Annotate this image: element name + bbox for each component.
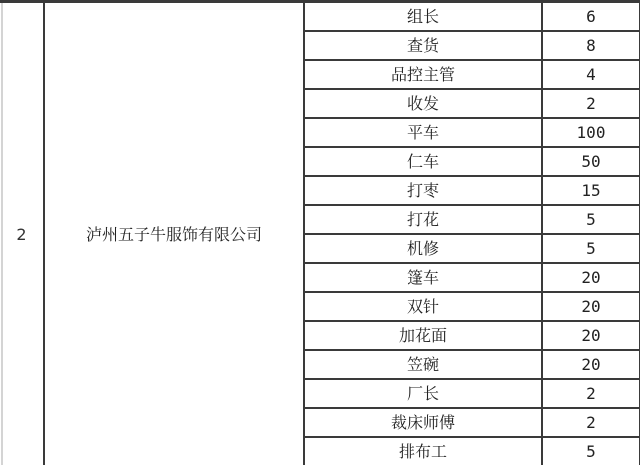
position-cell: 加花面 [304,321,542,350]
position-cell: 查货 [304,31,542,60]
count-cell: 50 [542,147,640,176]
position-cell: 平车 [304,118,542,147]
count-cell: 8 [542,31,640,60]
position-cell: 裁床师傅 [304,408,542,437]
count-cell: 20 [542,292,640,321]
position-cell: 双针 [304,292,542,321]
staff-table: 2 泸州五子牛服饰有限公司 组长 6 查货 8 品控主管 4 收发 2 平车 1… [0,0,640,465]
count-cell: 5 [542,205,640,234]
count-cell: 20 [542,321,640,350]
position-cell: 机修 [304,234,542,263]
position-cell: 组长 [304,2,542,32]
count-cell: 20 [542,263,640,292]
position-cell: 品控主管 [304,60,542,89]
count-cell: 5 [542,437,640,465]
count-cell: 20 [542,350,640,379]
count-cell: 5 [542,234,640,263]
position-cell: 打花 [304,205,542,234]
position-cell: 篷车 [304,263,542,292]
count-cell: 2 [542,379,640,408]
position-cell: 排布工 [304,437,542,465]
position-cell: 笠碗 [304,350,542,379]
count-cell: 15 [542,176,640,205]
table-row: 2 泸州五子牛服饰有限公司 组长 6 [0,2,640,32]
count-cell: 2 [542,89,640,118]
position-cell: 厂长 [304,379,542,408]
count-cell: 6 [542,2,640,32]
company-name-cell: 泸州五子牛服饰有限公司 [44,2,304,465]
position-cell: 打枣 [304,176,542,205]
row-index-cell: 2 [0,2,44,465]
position-cell: 仁车 [304,147,542,176]
count-cell: 4 [542,60,640,89]
count-cell: 2 [542,408,640,437]
position-cell: 收发 [304,89,542,118]
count-cell: 100 [542,118,640,147]
